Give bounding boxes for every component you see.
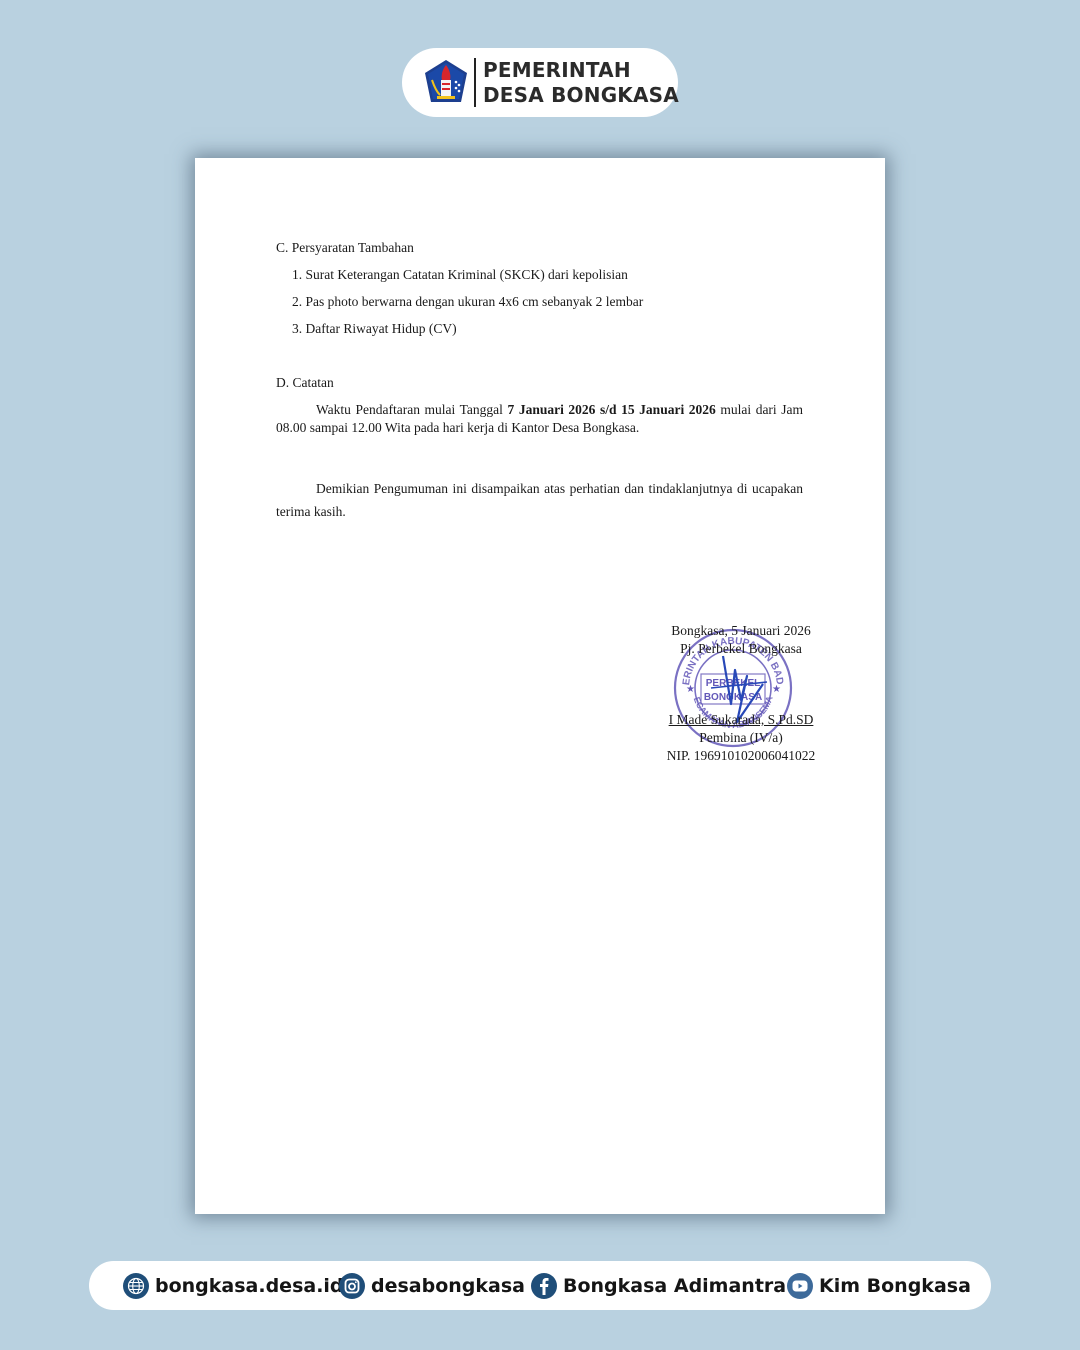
youtube-icon — [787, 1273, 813, 1299]
header-badge: PEMERINTAH DESA BONGKASA — [402, 48, 678, 117]
footer-social-bar: bongkasa.desa.id desabongkasa Bongkasa A… — [89, 1261, 991, 1310]
facebook-link[interactable]: Bongkasa Adimantra — [531, 1272, 786, 1300]
signatory-name: I Made Sukarada, S.Pd.SD — [621, 712, 861, 728]
facebook-label: Bongkasa Adimantra — [563, 1275, 786, 1297]
document-page: C. Persyaratan Tambahan 1. Surat Keteran… — [195, 158, 885, 1214]
globe-icon — [123, 1273, 149, 1299]
requirement-item: 3. Daftar Riwayat Hidup (CV) — [292, 321, 457, 337]
svg-text:★: ★ — [772, 684, 781, 695]
closing-paragraph: Demikian Pengumuman ini disampaikan atas… — [276, 477, 803, 523]
instagram-link[interactable]: desabongkasa — [339, 1272, 525, 1300]
youtube-link[interactable]: Kim Bongkasa — [787, 1272, 971, 1300]
signatory-nip: NIP. 196910102006041022 — [621, 748, 861, 764]
requirement-item: 2. Pas photo berwarna dengan ukuran 4x6 … — [292, 294, 643, 310]
instagram-label: desabongkasa — [371, 1275, 525, 1297]
signatory-rank: Pembina (IV/a) — [621, 730, 861, 746]
registration-note: Waktu Pendaftaran mulai Tanggal 7 Januar… — [276, 401, 803, 437]
org-name: PEMERINTAH DESA BONGKASA — [483, 58, 679, 108]
signature-place-date: Bongkasa, 5 Januari 2026 — [621, 623, 861, 639]
org-name-line2: DESA BONGKASA — [483, 83, 679, 108]
bali-coat-of-arms-logo-icon — [422, 58, 470, 106]
requirement-item: 1. Surat Keterangan Catatan Kriminal (SK… — [292, 267, 628, 283]
header-divider — [474, 58, 476, 107]
instagram-icon — [339, 1273, 365, 1299]
website-label: bongkasa.desa.id — [155, 1275, 344, 1297]
signature-role: Pj. Perbekel Bongkasa — [621, 641, 861, 657]
facebook-icon — [531, 1273, 557, 1299]
closing-text: Demikian Pengumuman ini disampaikan atas… — [276, 481, 803, 519]
note-text-before: Waktu Pendaftaran mulai Tanggal — [316, 402, 508, 417]
org-name-line1: PEMERINTAH — [483, 58, 679, 83]
signature-block: PEMERINTAH KABUPATEN BADUNG KECAMATAN AB… — [621, 618, 861, 778]
youtube-label: Kim Bongkasa — [819, 1275, 971, 1297]
website-link[interactable]: bongkasa.desa.id — [123, 1272, 344, 1300]
section-c-title: C. Persyaratan Tambahan — [276, 240, 414, 256]
section-d-title: D. Catatan — [276, 375, 334, 391]
registration-dates: 7 Januari 2026 s/d 15 Januari 2026 — [508, 402, 716, 417]
svg-text:★: ★ — [686, 684, 695, 695]
